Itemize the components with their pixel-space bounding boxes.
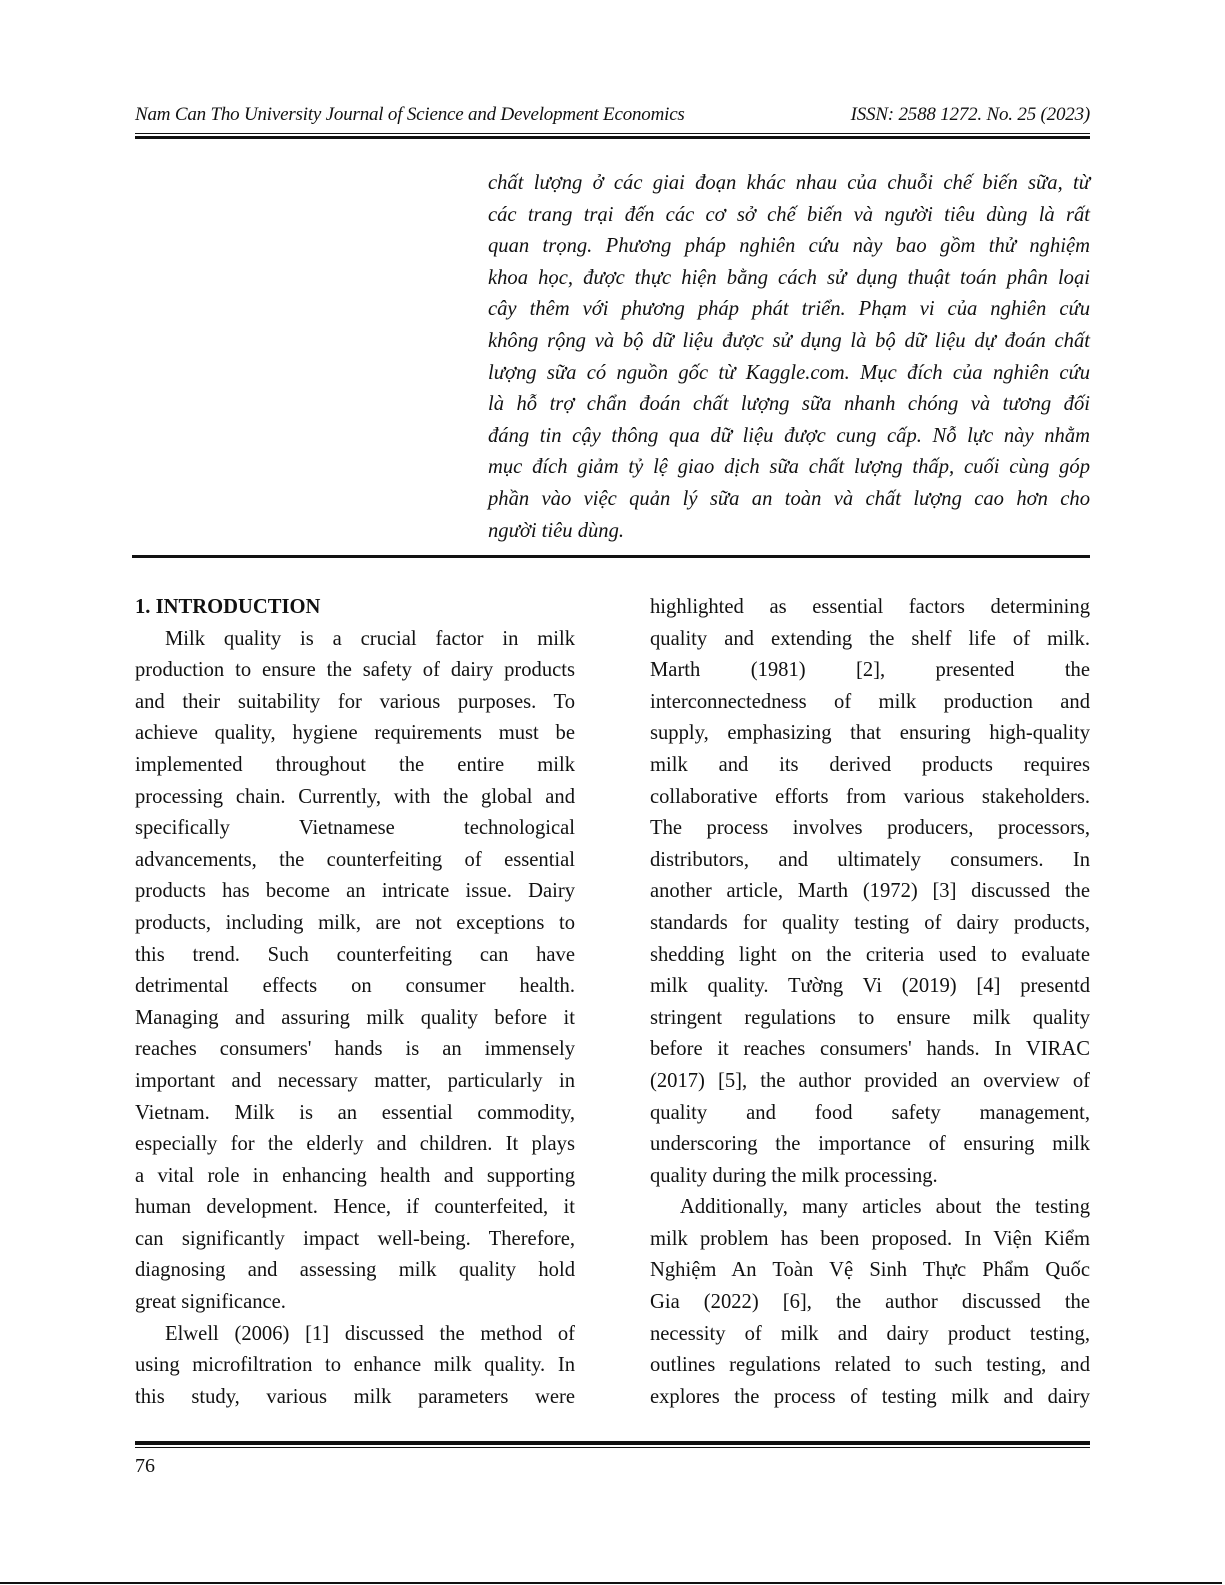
paragraph-line: specifically Vietnamese technological [135,813,575,845]
running-header: Nam Can Tho University Journal of Scienc… [135,104,1090,128]
abstract-line: là hỗ trợ chẩn đoán chất lượng sữa nhanh… [488,389,1090,421]
paragraph-line: and their suitability for various purpos… [135,687,575,719]
abstract-line: lượng sữa có nguồn gốc từ Kaggle.com. Mụ… [488,358,1090,390]
paragraph-line: detrimental effects on consumer health. [135,971,575,1003]
page-number: 76 [135,1455,155,1478]
paragraph-line: achieve quality, hygiene requirements mu… [135,718,575,750]
paragraph-line: this study, various milk parameters were [135,1382,575,1414]
page-bottom-edge [0,1582,1222,1584]
abstract-line: khoa học, được thực hiện bằng cách sử dụ… [488,263,1090,295]
paragraph-line: implemented throughout the entire milk [135,750,575,782]
paragraph-line: Milk quality is a crucial factor in milk [135,624,575,656]
paragraph-line: human development. Hence, if counterfeit… [135,1192,575,1224]
abstract-line: mục đích giảm tỷ lệ giao dịch sữa chất l… [488,452,1090,484]
paragraph-line: this trend. Such counterfeiting can have [135,940,575,972]
header-rule [135,133,1090,139]
paragraph-line: quality and food safety management, [650,1098,1090,1130]
paragraph-line: quality and extending the shelf life of … [650,624,1090,656]
paragraph-line: Nghiệm An Toàn Vệ Sinh Thực Phẩm Quốc [650,1255,1090,1287]
abstract-divider [132,555,1090,558]
paragraph-line: a vital role in enhancing health and sup… [135,1161,575,1193]
paragraph-line: processing chain. Currently, with the gl… [135,782,575,814]
abstract-line: cây thêm với phương pháp phát triển. Phạ… [488,294,1090,326]
paragraph-line: milk and its derived products requires [650,750,1090,782]
paragraph-line: advancements, the counterfeiting of esse… [135,845,575,877]
paragraph-line: before it reaches consumers' hands. In V… [650,1034,1090,1066]
issn-issue: ISSN: 2588 1272. No. 25 (2023) [851,104,1090,126]
paragraph-line: using microfiltration to enhance milk qu… [135,1350,575,1382]
paragraph-line: especially for the elderly and children.… [135,1129,575,1161]
paragraph-line: reaches consumers' hands is an immensely [135,1034,575,1066]
paragraph-line: outlines regulations related to such tes… [650,1350,1090,1382]
paragraph-line: can significantly impact well-being. The… [135,1224,575,1256]
paragraph-line: Gia (2022) [6], the author discussed the [650,1287,1090,1319]
section-heading: 1. INTRODUCTION [135,592,575,624]
paragraph-line: another article, Marth (1972) [3] discus… [650,876,1090,908]
paragraph-line: products, including milk, are not except… [135,908,575,940]
paragraph-line: supply, emphasizing that ensuring high-q… [650,718,1090,750]
paragraph-line: (2017) [5], the author provided an overv… [650,1066,1090,1098]
paragraph-line: Additionally, many articles about the te… [650,1192,1090,1224]
abstract-vietnamese: chất lượng ở các giai đoạn khác nhau của… [488,168,1090,547]
paragraph-line: explores the process of testing milk and… [650,1382,1090,1414]
paragraph-line: important and necessary matter, particul… [135,1066,575,1098]
abstract-line: quan trọng. Phương pháp nghiên cứu này b… [488,231,1090,263]
paragraph-line: Marth (1981) [2], presented the [650,655,1090,687]
paragraph-line: necessity of milk and dairy product test… [650,1319,1090,1351]
paragraph-line: underscoring the importance of ensuring … [650,1129,1090,1161]
paragraph-line: milk quality. Tường Vi (2019) [4] presen… [650,971,1090,1003]
abstract-line: người tiêu dùng. [488,516,1090,548]
left-column: 1. INTRODUCTION Milk quality is a crucia… [135,592,575,1413]
journal-title: Nam Can Tho University Journal of Scienc… [135,104,685,126]
abstract-line: chất lượng ở các giai đoạn khác nhau của… [488,168,1090,200]
right-column: highlighted as essential factors determi… [650,592,1090,1413]
abstract-line: các trang trại đến các cơ sở chế biến và… [488,200,1090,232]
paragraph-line: Elwell (2006) [1] discussed the method o… [135,1319,575,1351]
paragraph-line: products has become an intricate issue. … [135,876,575,908]
paragraph-line: collaborative efforts from various stake… [650,782,1090,814]
paragraph-line: stringent regulations to ensure milk qua… [650,1003,1090,1035]
paragraph-line: distributors, and ultimately consumers. … [650,845,1090,877]
paragraph-line: shedding light on the criteria used to e… [650,940,1090,972]
paragraph-line: standards for quality testing of dairy p… [650,908,1090,940]
abstract-line: phần vào việc quản lý sữa an toàn và chấ… [488,484,1090,516]
footer-rule [135,1441,1090,1448]
paragraph-line: diagnosing and assessing milk quality ho… [135,1255,575,1287]
paragraph-line: interconnectedness of milk production an… [650,687,1090,719]
paragraph-line: great significance. [135,1287,575,1319]
paragraph-line: Vietnam. Milk is an essential commodity, [135,1098,575,1130]
paragraph-line: quality during the milk processing. [650,1161,1090,1193]
paragraph-line: production to ensure the safety of dairy… [135,655,575,687]
paragraph-line: highlighted as essential factors determi… [650,592,1090,624]
paragraph-line: Managing and assuring milk quality befor… [135,1003,575,1035]
abstract-line: không rộng và bộ dữ liệu được sử dụng là… [488,326,1090,358]
paragraph-line: milk problem has been proposed. In Viện … [650,1224,1090,1256]
abstract-line: đáng tin cậy thông qua dữ liệu được cung… [488,421,1090,453]
paragraph-line: The process involves producers, processo… [650,813,1090,845]
